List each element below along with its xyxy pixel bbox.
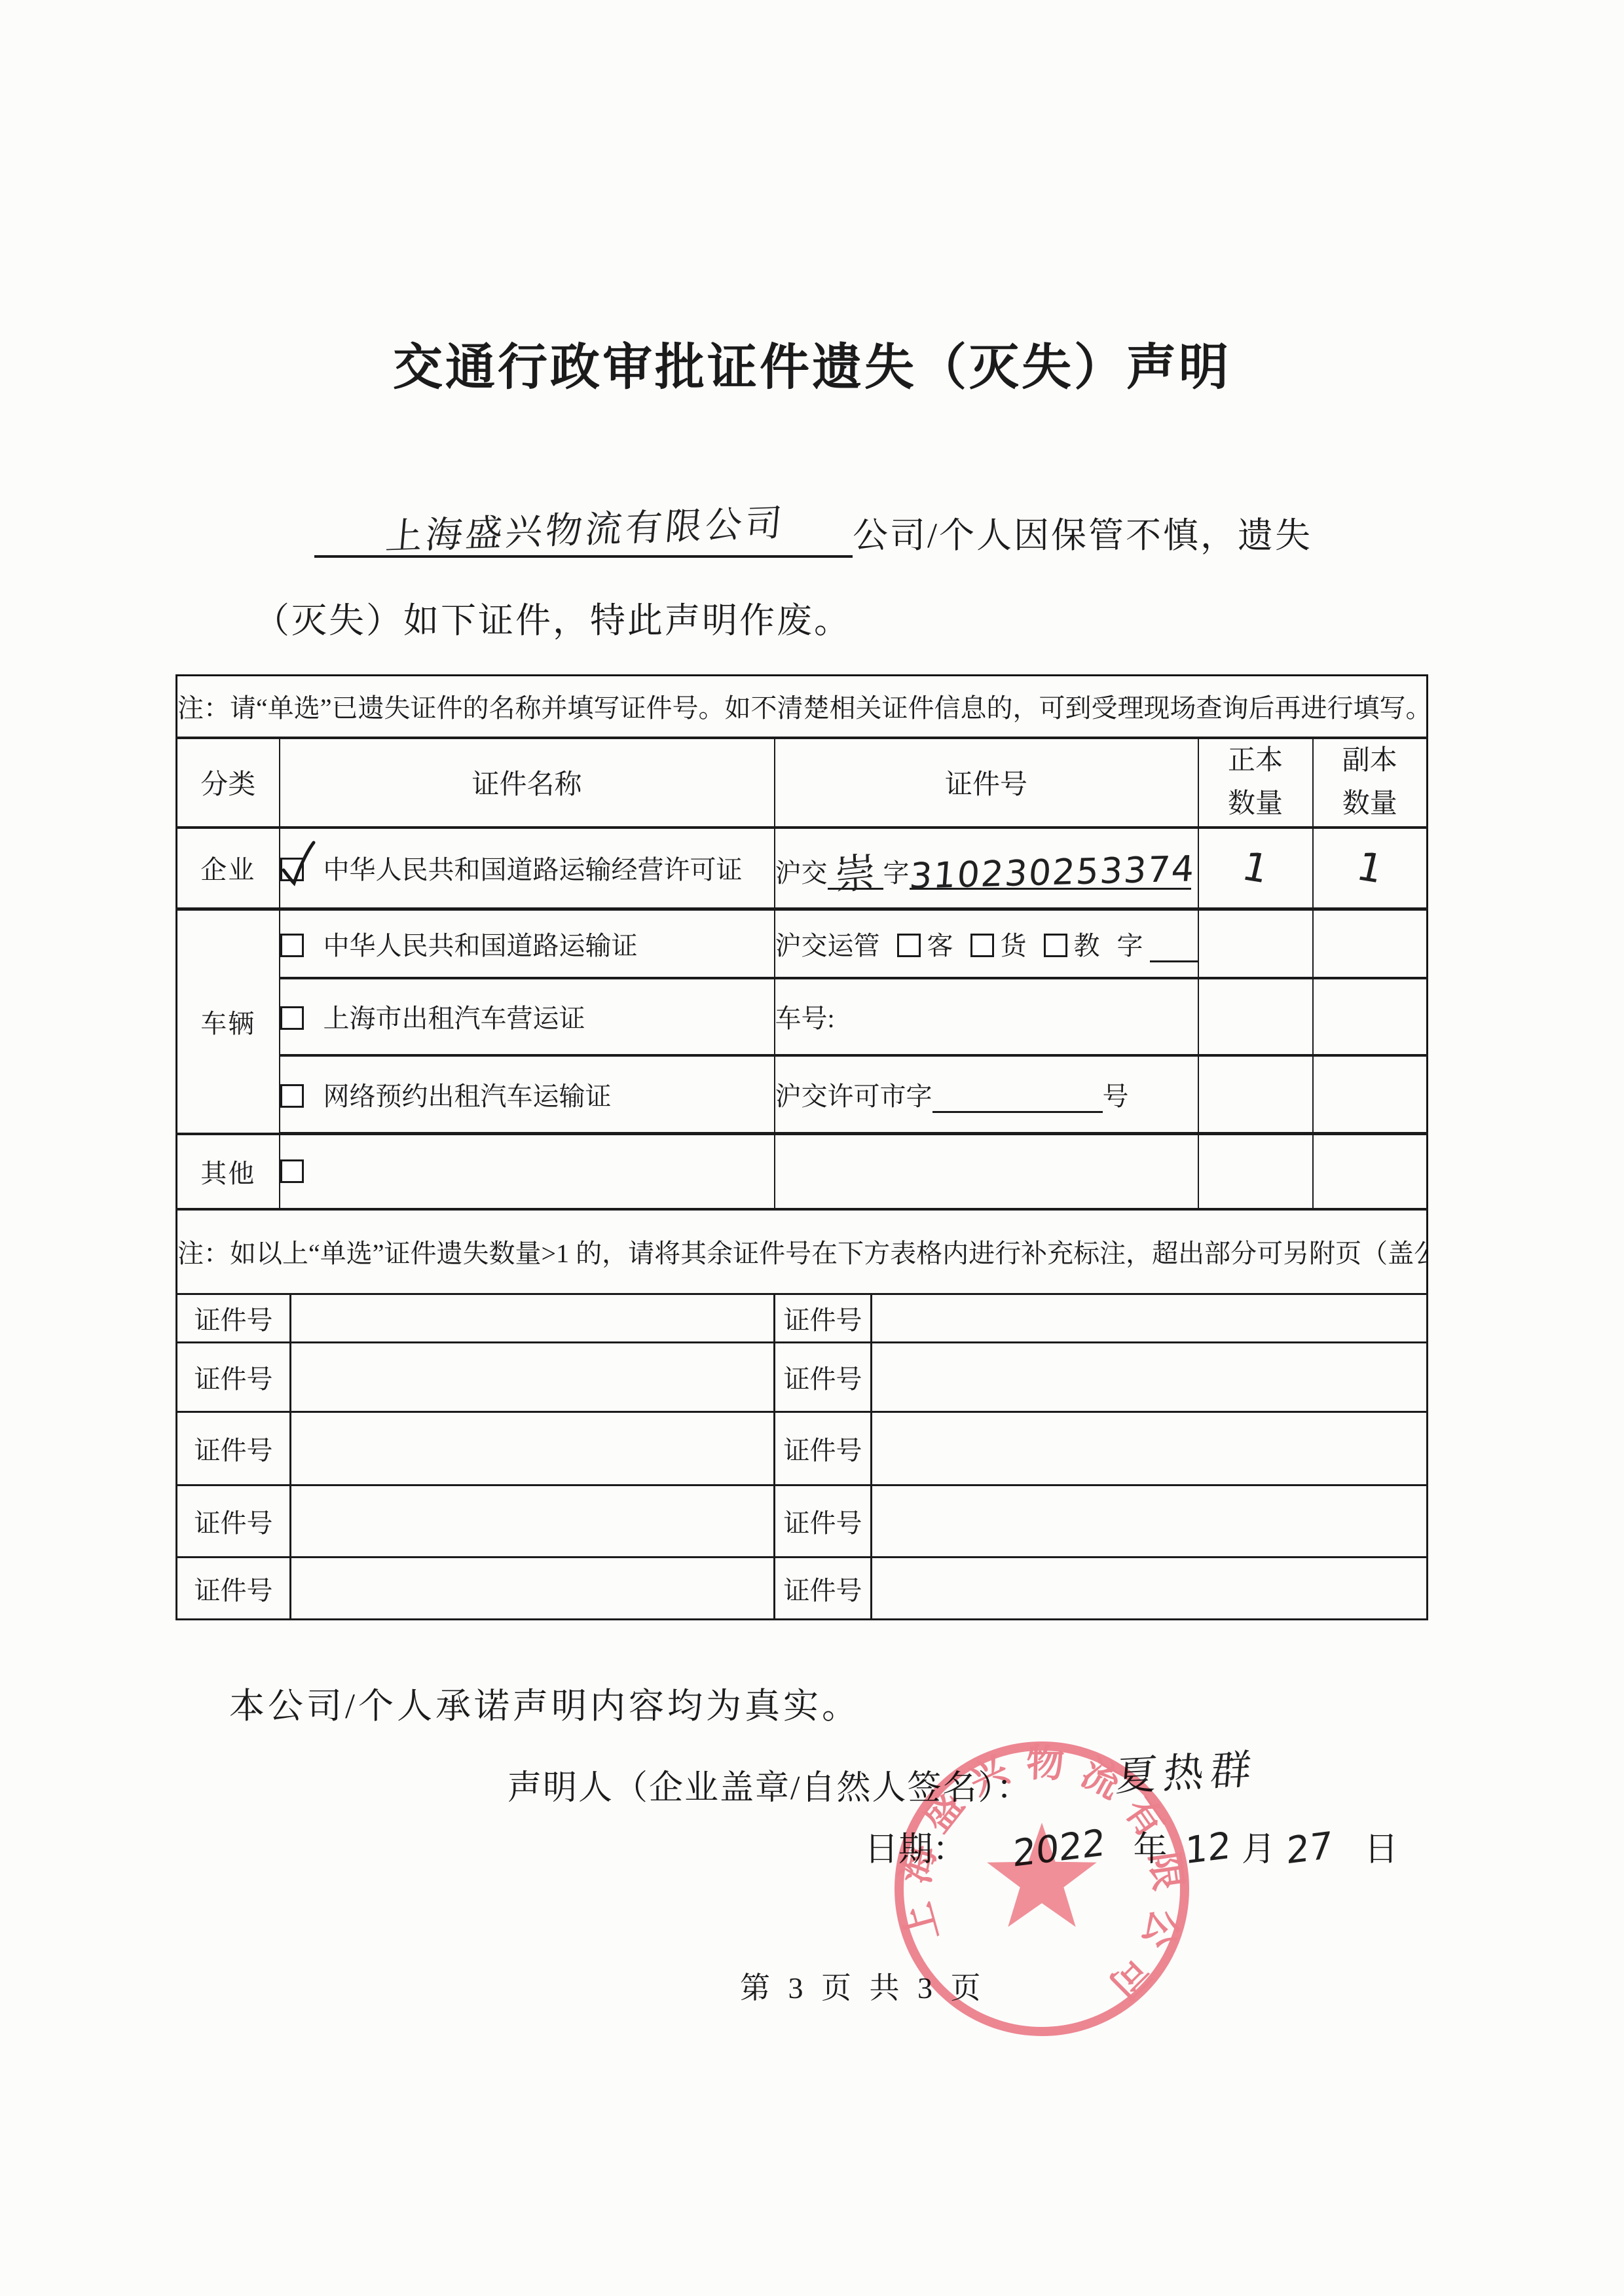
header-cert-no: 证件号 — [775, 738, 1198, 828]
row-vehicle3-name-cell: 网络预约出租汽车运输证 — [280, 1055, 775, 1134]
cert-no-label: 证件号 — [177, 1294, 291, 1343]
promise-statement: 本公司/个人承诺声明内容均为真实。 — [229, 1678, 860, 1728]
row-enterprise-original-count: 1 — [1198, 828, 1313, 909]
declarant-label: 声明人（企业盖章/自然人签名）： — [507, 1760, 1031, 1809]
empty-cell — [872, 1343, 1428, 1412]
handwritten-day: 27 — [1286, 1824, 1333, 1872]
row-vehicle2-name-cell: 上海市出租汽车营运证 — [280, 978, 775, 1055]
row-other-name-cell — [280, 1134, 775, 1209]
row-enterprise-duplicate-count: 1 — [1313, 828, 1428, 909]
empty-cell — [291, 1485, 775, 1558]
empty-cell — [1198, 1055, 1313, 1134]
day-unit: 日 — [1364, 1831, 1398, 1868]
intro-line-2: （灭失）如下证件，特此声明作废。 — [254, 592, 851, 643]
grid-row: 证件号 证件号 — [177, 1294, 1428, 1343]
intro-line-1-text: 公司/个人因保管不慎，遗失 — [853, 516, 1312, 555]
cert-no-label: 证件号 — [177, 1343, 291, 1412]
checkbox-road-transport-operation-permit-checked — [280, 858, 304, 881]
row-vehicle1-number-cell: 沪交运管客货教字 — [775, 909, 1198, 978]
empty-cell — [1313, 1055, 1428, 1134]
year-unit: 年 — [1134, 1831, 1168, 1868]
scanned-declaration-document: 交通行政审批证件遗失（灭失）声明 上海盛兴物流有限公司公司/个人因保管不慎，遗失… — [0, 0, 1624, 2296]
checkbox-freight — [970, 934, 994, 957]
table-note-2: 注：如以上“单选”证件遗失数量>1 的，请将其余证件号在下方表格内进行补充标注，… — [177, 1209, 1428, 1294]
cert-no-label: 证件号 — [775, 1294, 872, 1343]
page-title: 交通行政审批证件遗失（灭失）声明 — [0, 327, 1624, 399]
checkbox-road-transport-certificate — [280, 934, 304, 957]
cert-no-label: 证件号 — [775, 1485, 872, 1558]
handwritten-region-char: 崇 — [834, 853, 876, 894]
empty-blank — [932, 1111, 1103, 1113]
checkbox-shanghai-taxi-operation-certificate — [280, 1006, 304, 1030]
certificates-table: 注：请“单选”已遗失证件的名称并填写证件号。如不清楚相关证件信息的，可到受理现场… — [175, 674, 1428, 1295]
empty-cell — [775, 1134, 1198, 1209]
row-vehicle3-number-cell: 沪交许可市字号 — [775, 1055, 1198, 1134]
handwritten-company-name: 上海盛兴物流有限公司 — [384, 494, 788, 560]
checkbox-training — [1044, 934, 1067, 957]
empty-blank — [1150, 960, 1198, 962]
handwritten-count: 1 — [1352, 844, 1388, 892]
number-blank: 310230253374 — [910, 847, 1191, 890]
row-enterprise-number-cell: 沪交崇字310230253374号 — [775, 828, 1198, 909]
month-unit: 月 — [1242, 1831, 1276, 1868]
cert-no-label: 证件号 — [177, 1558, 291, 1620]
empty-cell — [872, 1294, 1428, 1343]
header-duplicate-count: 副本 数量 — [1313, 738, 1428, 828]
empty-cell — [1198, 1134, 1313, 1209]
handwritten-month: 12 — [1184, 1824, 1231, 1872]
checkbox-other — [280, 1159, 304, 1183]
cert-name: 中华人民共和国道路运输经营许可证 — [323, 855, 743, 884]
handwritten-count: 1 — [1238, 844, 1273, 892]
intro-line-1: 上海盛兴物流有限公司公司/个人因保管不慎，遗失 — [314, 503, 1312, 558]
cert-no-label: 证件号 — [775, 1558, 872, 1620]
date-line: 日期：2022年12月27日 — [864, 1821, 1398, 1870]
empty-cell — [1198, 978, 1313, 1055]
grid-row: 证件号 证件号 — [177, 1412, 1428, 1485]
empty-cell — [291, 1294, 775, 1343]
header-original-count: 正本 数量 — [1198, 738, 1313, 828]
empty-cell — [872, 1485, 1428, 1558]
handwritten-check-icon — [280, 843, 318, 886]
empty-cell — [1313, 978, 1428, 1055]
empty-cell — [1198, 909, 1313, 978]
extra-cert-number-grid: 证件号 证件号 证件号 证件号 证件号 证件号 证件号 证件号 证件号 证件号 — [175, 1293, 1428, 1620]
handwritten-year: 2022 — [1012, 1821, 1106, 1876]
empty-cell — [291, 1412, 775, 1485]
date-label: 日期： — [864, 1831, 967, 1868]
empty-cell — [291, 1558, 775, 1620]
cert-no-label: 证件号 — [775, 1343, 872, 1412]
empty-cell — [1313, 1134, 1428, 1209]
row-vehicle2-number-cell: 车号: — [775, 978, 1198, 1055]
table-note-1: 注：请“单选”已遗失证件的名称并填写证件号。如不清楚相关证件信息的，可到受理现场… — [177, 676, 1428, 738]
empty-cell — [872, 1558, 1428, 1620]
row-other-category: 其他 — [177, 1134, 280, 1209]
cert-name: 中华人民共和国道路运输证 — [323, 931, 638, 960]
grid-row: 证件号 证件号 — [177, 1343, 1428, 1412]
region-blank: 崇 — [828, 849, 883, 890]
header-category: 分类 — [177, 738, 280, 828]
empty-cell — [872, 1412, 1428, 1485]
row-vehicle1-name-cell: 中华人民共和国道路运输证 — [280, 909, 775, 978]
empty-cell — [1313, 909, 1428, 978]
grid-row: 证件号 证件号 — [177, 1485, 1428, 1558]
row-enterprise-category: 企业 — [177, 828, 280, 909]
handwritten-signature: 夏热群 — [1116, 1740, 1258, 1798]
grid-row: 证件号 证件号 — [177, 1558, 1428, 1620]
page-number: 第 3 页 共 3 页 — [740, 1964, 986, 2007]
company-name-blank: 上海盛兴物流有限公司 — [314, 503, 853, 558]
cert-no-label: 证件号 — [177, 1412, 291, 1485]
cert-name: 网络预约出租汽车运输证 — [323, 1082, 612, 1111]
empty-cell — [291, 1343, 775, 1412]
handwritten-cert-number: 310230253374 — [908, 848, 1196, 897]
cert-name: 上海市出租汽车营运证 — [323, 1004, 585, 1033]
header-cert-name: 证件名称 — [280, 738, 775, 828]
row-enterprise-name-cell: 中华人民共和国道路运输经营许可证 — [280, 828, 775, 909]
cert-no-label: 证件号 — [177, 1485, 291, 1558]
checkbox-online-booking-taxi-certificate — [280, 1084, 304, 1108]
checkbox-passenger — [897, 934, 921, 957]
row-vehicle-category: 车辆 — [177, 909, 280, 1134]
cert-no-label: 证件号 — [775, 1412, 872, 1485]
